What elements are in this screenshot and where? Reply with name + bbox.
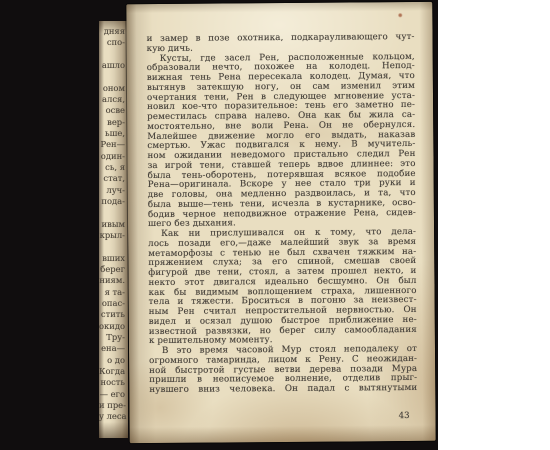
left-page-line-fragment: опас- bbox=[99, 298, 128, 309]
left-page-line-fragment: один- bbox=[99, 151, 128, 162]
left-page-line-fragment: у леса bbox=[99, 411, 128, 422]
left-page-line-fragment bbox=[99, 207, 128, 218]
left-page-line-fragment: Тру- bbox=[99, 332, 128, 343]
page-number: 43 bbox=[399, 411, 410, 421]
left-page-line-fragment: спо- bbox=[99, 37, 128, 48]
left-page-line-fragment: ена— bbox=[99, 343, 128, 354]
left-page-edge: дняяспо-ашлоономался,освевер-ьше,Рен—оди… bbox=[99, 21, 128, 438]
left-page-line-fragment: ивым bbox=[99, 219, 128, 230]
left-page-line-fragment bbox=[99, 49, 128, 60]
left-page-line-fragment: осве bbox=[99, 105, 128, 116]
page-text-block: и замер в позе охотника, подкарауливающе… bbox=[147, 33, 418, 396]
left-page-line-fragment: Рен— bbox=[99, 139, 128, 150]
left-page-line-fragment: ашло bbox=[99, 60, 128, 71]
left-page-line-fragment: ниям. bbox=[99, 275, 128, 286]
left-page-line-fragment: ность bbox=[99, 377, 128, 388]
left-page-line-fragment: сь, я bbox=[99, 162, 128, 173]
left-page-line-fragment: окидо bbox=[99, 321, 128, 332]
screenshot-root: дняяспо-ашлоономался,освевер-ьше,Рен—оди… bbox=[0, 0, 550, 450]
left-page-line-fragment: дняя bbox=[99, 26, 128, 37]
left-page-line-fragment bbox=[99, 241, 128, 252]
left-page-line-fragment: пода- bbox=[99, 196, 128, 207]
left-page-line-fragment: и пре- bbox=[99, 400, 128, 411]
left-page-line-fragment: ался, bbox=[99, 94, 128, 105]
left-page-line-fragment: ьше, bbox=[99, 128, 128, 139]
left-page-line-fragment: крыл- bbox=[99, 230, 128, 241]
left-page-line-fragment: вер- bbox=[99, 117, 128, 128]
book-page: и замер в позе охотника, подкарауливающе… bbox=[126, 2, 435, 443]
left-page-line-fragment: оном bbox=[99, 83, 128, 94]
left-page-line-fragment: стить bbox=[99, 309, 128, 320]
left-page-line-fragment: — его bbox=[99, 389, 128, 400]
left-page-line-fragment: вших bbox=[99, 253, 128, 264]
left-page-line-fragment: берег bbox=[99, 264, 128, 275]
left-page-line-fragment: стат, bbox=[99, 173, 128, 184]
left-page-line-fragment: Когда bbox=[99, 366, 128, 377]
left-page-line-fragment: о до bbox=[99, 355, 128, 366]
left-page-line-fragment bbox=[99, 71, 128, 82]
text-line: нувшего вниз человека. Он падал с вытяну… bbox=[149, 384, 417, 396]
left-page-line-fragment: луч- bbox=[99, 185, 128, 196]
left-page-line-fragment: я та- bbox=[99, 287, 128, 298]
book-photo: дняяспо-ашлоономался,освевер-ьше,Рен—оди… bbox=[0, 0, 438, 450]
